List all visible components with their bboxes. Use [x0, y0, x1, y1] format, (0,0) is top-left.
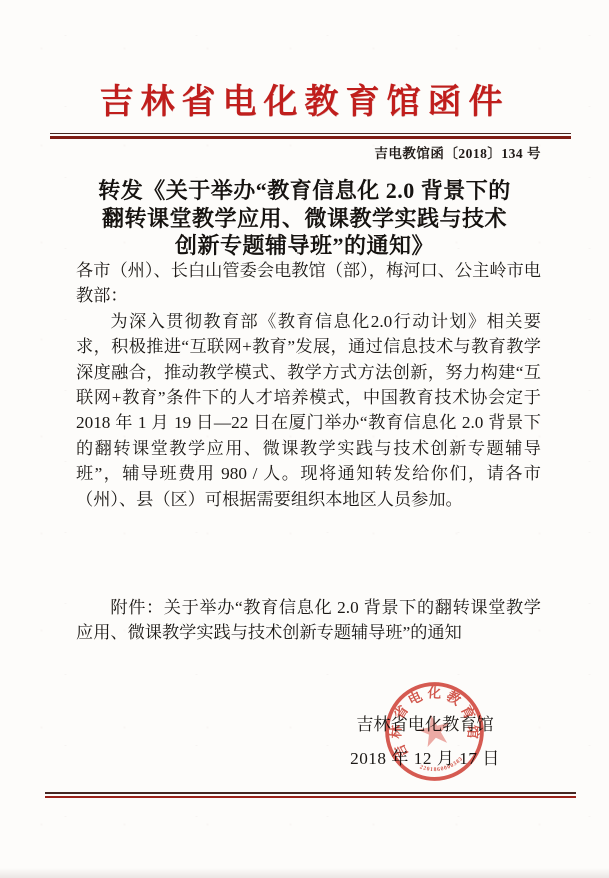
title-line-3: 创新专题辅导班”的通知》	[0, 232, 609, 260]
salutation: 各市（州）、长白山管委会电教馆（部），梅河口、公主岭市电教部：	[76, 258, 541, 309]
title-line-2: 翻转课堂教学应用、微课教学实践与技术	[0, 205, 609, 233]
header-divider	[50, 133, 571, 139]
official-seal-stamp: 吉林省电化教育馆 2201860000383	[359, 656, 510, 807]
footer-divider	[45, 792, 576, 798]
scan-edge-artifact	[0, 868, 609, 878]
document-page: 吉林省电化教育馆函件 吉电教馆函〔2018〕134 号 转发《关于举办“教育信息…	[0, 0, 609, 878]
document-title: 转发《关于举办“教育信息化 2.0 背景下的 翻转课堂教学应用、微课教学实践与技…	[0, 177, 609, 260]
masthead-title: 吉林省电化教育馆函件	[0, 74, 609, 123]
star-icon	[415, 712, 453, 749]
document-number: 吉电教馆函〔2018〕134 号	[374, 142, 541, 162]
document-body: 各市（州）、长白山管委会电教馆（部），梅河口、公主岭市电教部： 为深入贯彻教育部…	[76, 258, 541, 646]
attachment-note: 附件：关于举办“教育信息化 2.0 背景下的翻转课堂教学应用、微课教学实践与技术…	[76, 595, 541, 646]
body-paragraph: 为深入贯彻教育部《教育信息化2.0行动计划》相关要求，积极推进“互联网+教育”发…	[76, 309, 541, 512]
title-line-1: 转发《关于举办“教育信息化 2.0 背景下的	[0, 177, 609, 205]
